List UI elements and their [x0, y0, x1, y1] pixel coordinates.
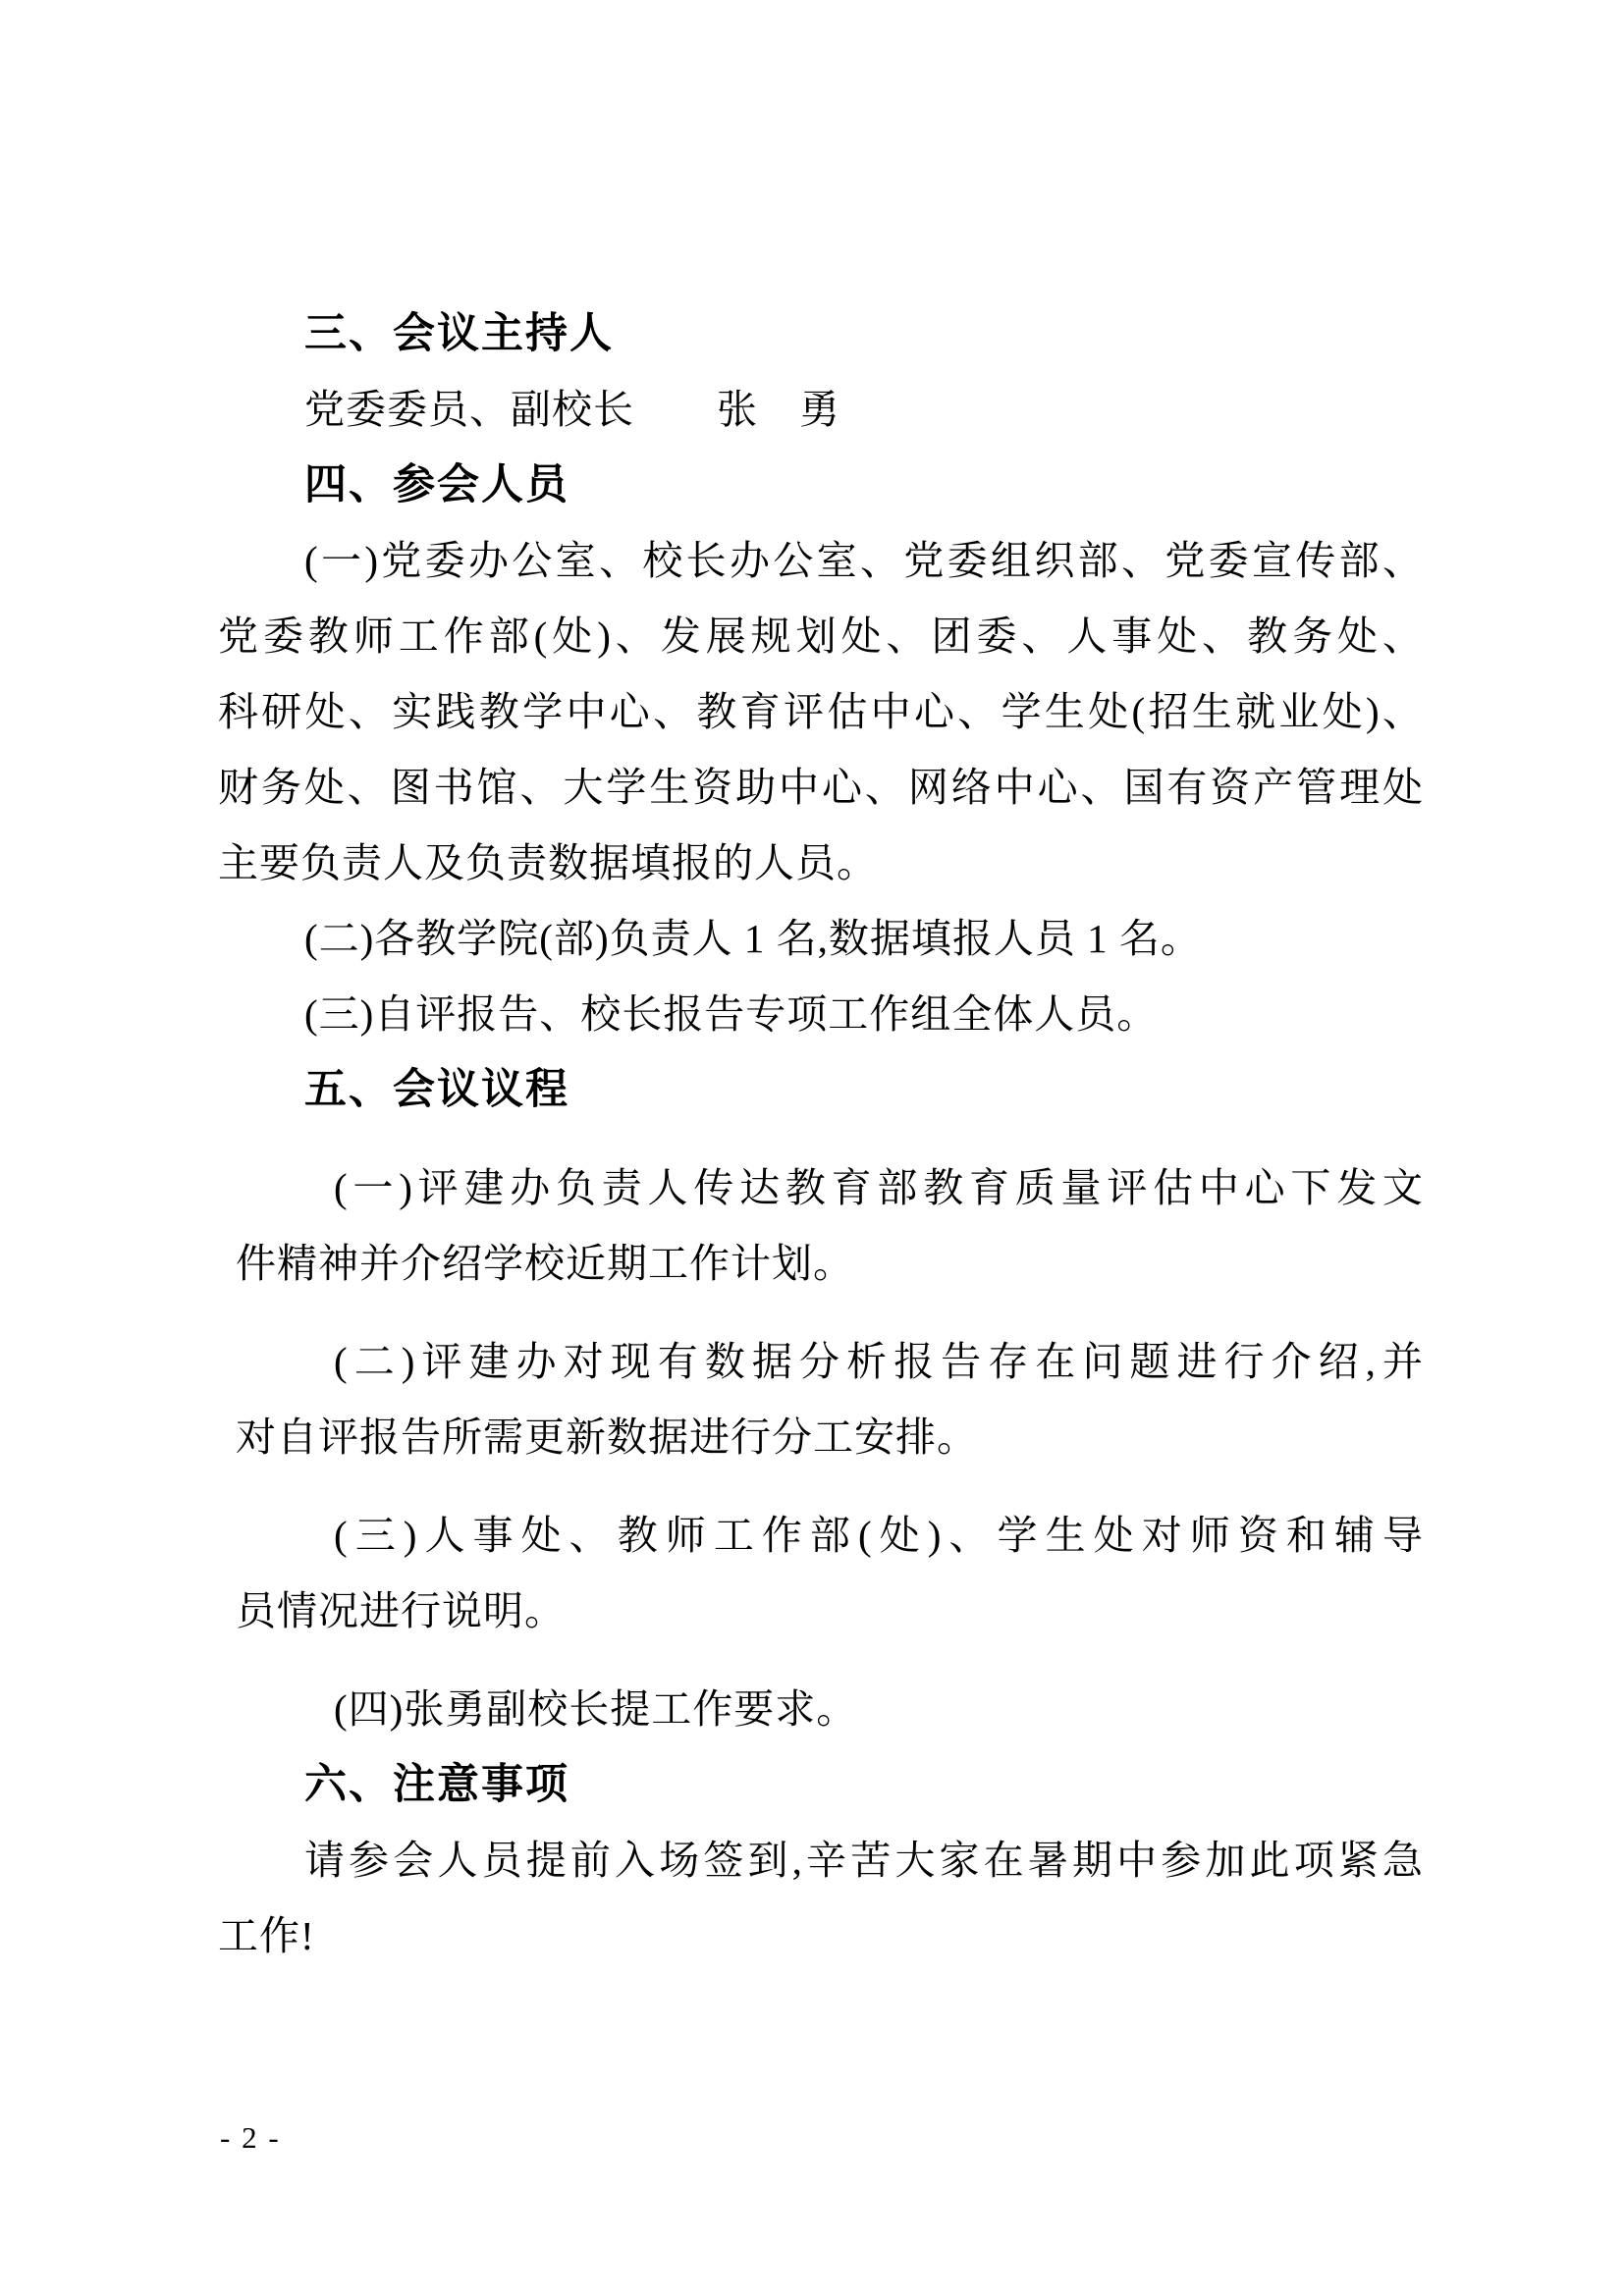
text-line: 财务处、图书馆、大学生资助中心、网络中心、国有资产管理处	[218, 750, 1424, 826]
section-heading: 三、会议主持人	[218, 296, 1424, 372]
text-line: (二)评建办对现有数据分析报告存在问题进行介绍,并	[236, 1324, 1424, 1400]
text-line: (三)自评报告、校长报告专项工作组全体人员。	[218, 977, 1424, 1052]
text-line: 件精神并介绍学校近期工作计划。	[236, 1226, 1424, 1302]
text-line: 员情况进行说明。	[236, 1574, 1424, 1649]
text-line: 党委委员、副校长 张 勇	[218, 372, 1424, 448]
text-line: (三)人事处、教师工作部(处)、学生处对师资和辅导	[236, 1498, 1424, 1574]
text-line: 主要负责人及负责数据填报的人员。	[218, 826, 1424, 901]
text-line: 对自评报告所需更新数据进行分工安排。	[236, 1400, 1424, 1475]
section-heading: 四、参会人员	[218, 448, 1424, 523]
text-line: 科研处、实践教学中心、教育评估中心、学生处(招生就业处)、	[218, 674, 1424, 750]
text-line: (四)张勇副校长提工作要求。	[236, 1672, 1424, 1747]
text-line: (一)评建办负责人传达教育部教育质量评估中心下发文	[236, 1150, 1424, 1226]
document-page: 三、会议主持人党委委员、副校长 张 勇四、参会人员(一)党委办公室、校长办公室、…	[0, 0, 1624, 2296]
section-heading: 六、注意事项	[218, 1747, 1424, 1823]
text-line: 工作!	[218, 1898, 1424, 1974]
text-line: (二)各教学院(部)负责人 1 名,数据填报人员 1 名。	[218, 901, 1424, 977]
text-line: 请参会人员提前入场签到,辛苦大家在暑期中参加此项紧急	[218, 1823, 1424, 1898]
page-number: - 2 -	[220, 2116, 281, 2160]
document-body: 三、会议主持人党委委员、副校长 张 勇四、参会人员(一)党委办公室、校长办公室、…	[218, 296, 1424, 1974]
section-heading: 五、会议议程	[218, 1052, 1424, 1128]
text-line: 党委教师工作部(处)、发展规划处、团委、人事处、教务处、	[218, 599, 1424, 674]
text-line: (一)党委办公室、校长办公室、党委组织部、党委宣传部、	[218, 523, 1424, 599]
